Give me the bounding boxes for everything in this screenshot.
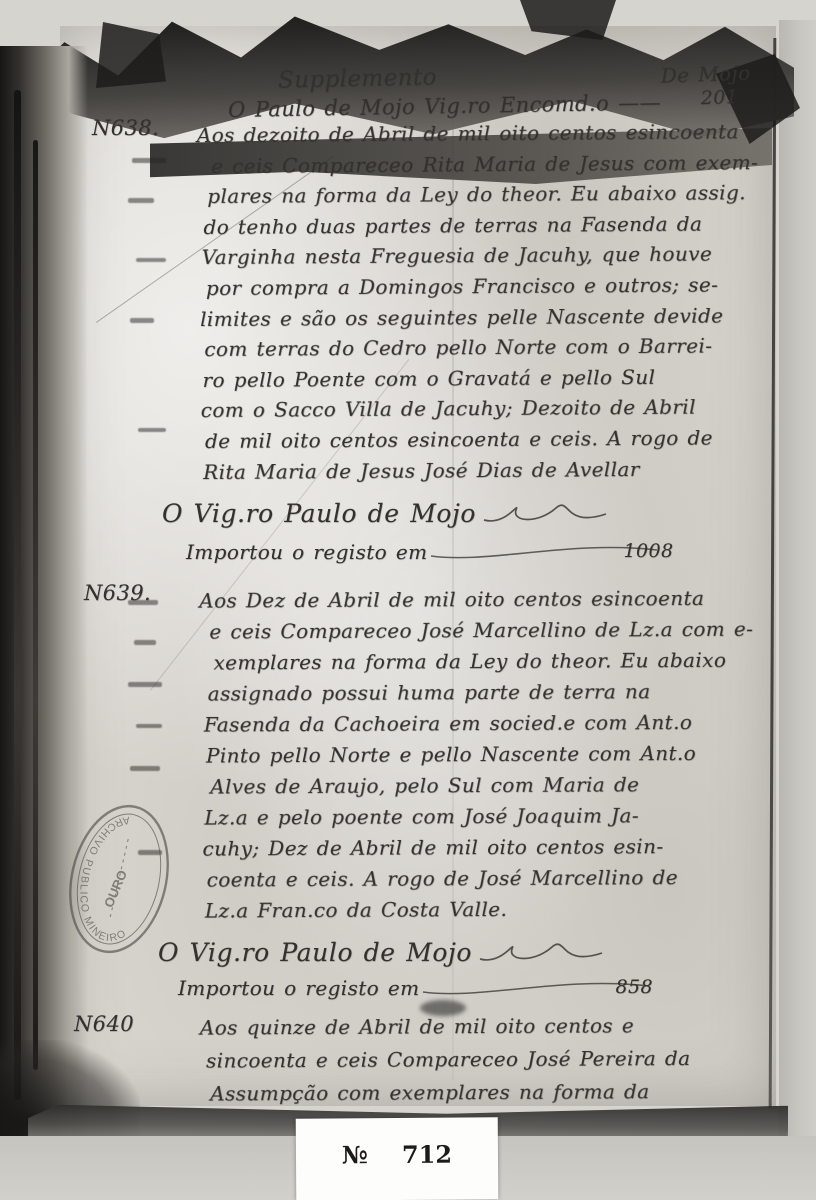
vicar-signature: O Vig.ro Paulo de Mojo — [158, 938, 472, 967]
fee-amount: 1008 — [623, 540, 673, 564]
manuscript-line: Aos Dez de Abril de mil oito centos esin… — [199, 582, 777, 616]
manuscript-line: Assumpção com exemplares na forma da — [200, 1074, 778, 1110]
svg-text:ARCHIVO PUBLICO MINEIRO: ARCHIVO PUBLICO MINEIRO — [65, 806, 156, 949]
manuscript-line: e ceis Compareceo José Marcellino de Lz.… — [199, 613, 777, 647]
manuscript-line: Lz.a Fran.co da Costa Valle. — [201, 892, 779, 926]
manuscript-line: com o Sacco Villa de Jacuhy; Dezoito de … — [199, 391, 777, 426]
fee-row: Importou o registo em 1008 — [186, 540, 673, 564]
manuscript-line: Rita Maria de Jesus José Dias de Avellar — [199, 453, 777, 488]
bleed-through-mark — [136, 258, 166, 262]
entry-number-639: N639. — [84, 581, 151, 605]
manuscript-line: cuhy; Dez de Abril de mil oito centos es… — [200, 830, 778, 864]
manuscript-line: e ceis Compareceo Rita Maria de Jesus co… — [197, 147, 775, 182]
manuscript-line: xemplares na forma da Ley do theor. Eu a… — [199, 644, 777, 678]
manuscript-line: Fasenda da Cachoeira em socied.e com Ant… — [200, 706, 778, 740]
manuscript-line: Aos quinze de Abril de mil oito centos e — [200, 1008, 778, 1044]
bleed-through-mark — [130, 318, 154, 323]
bleed-through-mark — [132, 158, 166, 163]
manuscript-line: de mil oito centos esincoenta e ceis. A … — [199, 422, 777, 457]
manuscript-line: plares na forma da Ley do theor. Eu abai… — [197, 177, 775, 212]
manuscript-line: Alves de Araujo, pelo Sul com Maria de — [200, 768, 778, 802]
fee-row: Importou o registo em 858 — [178, 976, 653, 1000]
scanned-manuscript-page: Supplemento O Paulo de Mojo Vig.ro Encom… — [0, 0, 816, 1200]
corner-folio-note: De Mojo 201 — [645, 60, 767, 111]
entry-number-638: N638. — [92, 116, 159, 140]
numero-symbol: № — [342, 1140, 368, 1169]
entry-639-body: Aos Dez de Abril de mil oito centos esin… — [199, 582, 779, 926]
manuscript-line: Pinto pello Norte e pello Nascente com A… — [200, 737, 778, 771]
bleed-through-mark — [128, 682, 162, 687]
bleed-through-mark — [136, 724, 162, 728]
bleed-through-mark — [130, 766, 160, 771]
entry-number-640: N640 — [74, 1012, 134, 1036]
manuscript-line: sincoenta e ceis Compareceo José Pereira… — [200, 1041, 778, 1077]
signature-rubric-flourish — [476, 933, 606, 971]
manuscript-line: Lz.a e pelo poente com José Joaquim Ja- — [200, 799, 778, 833]
manuscript-line: Varginha nesta Freguesia de Jacuhy, que … — [198, 238, 776, 273]
corner-note-number: 201 — [646, 85, 767, 111]
bleed-through-mark — [128, 198, 154, 203]
entry-638-body: Aos dezoito de Abril de mil oito centos … — [197, 116, 778, 487]
manuscript-line: coenta e ceis. A rogo de José Marcellino… — [201, 861, 779, 895]
manuscript-line: com terras do Cedro pello Norte com o Ba… — [198, 330, 776, 365]
manuscript-line: por compra a Domingos Francisco e outros… — [198, 269, 776, 304]
archive-number-label: № 712 — [296, 1117, 499, 1200]
bleed-through-mark — [138, 428, 166, 432]
page-heading-supplement: Supplemento — [278, 64, 437, 93]
stamp-center-text: OURO — [101, 868, 130, 910]
manuscript-line: assignado possui huma parte de terra na — [200, 675, 778, 709]
vicar-signature: O Vig.ro Paulo de Mojo — [162, 499, 476, 528]
fee-amount: 858 — [615, 976, 652, 1000]
spine-stitch-line — [33, 140, 38, 1070]
manuscript-line: Aos dezoito de Abril de mil oito centos … — [197, 116, 775, 151]
bleed-through-mark — [134, 640, 156, 645]
archive-number: 712 — [402, 1140, 452, 1169]
stamp-ring-text: ARCHIVO PUBLICO MINEIRO — [65, 806, 156, 949]
entry-640-body: Aos quinze de Abril de mil oito centos e… — [200, 1008, 779, 1110]
manuscript-line: ro pello Poente com o Gravatá e pello Su… — [198, 361, 776, 396]
vicar-signature-row: O Vig.ro Paulo de Mojo — [162, 494, 610, 532]
fee-label: Importou o registo em — [186, 540, 427, 564]
vicar-signature-row: O Vig.ro Paulo de Mojo — [158, 933, 606, 971]
fee-label: Importou o registo em — [178, 976, 419, 1000]
adjacent-page-edge — [779, 20, 816, 1140]
manuscript-line: limites e são os seguintes pelle Nascent… — [198, 300, 776, 335]
manuscript-line: do tenho duas partes de terras na Fasend… — [197, 208, 775, 243]
signature-rubric-flourish — [480, 494, 610, 532]
spine-stitch-line — [14, 90, 21, 1100]
corner-note-text: De Mojo — [660, 60, 751, 87]
